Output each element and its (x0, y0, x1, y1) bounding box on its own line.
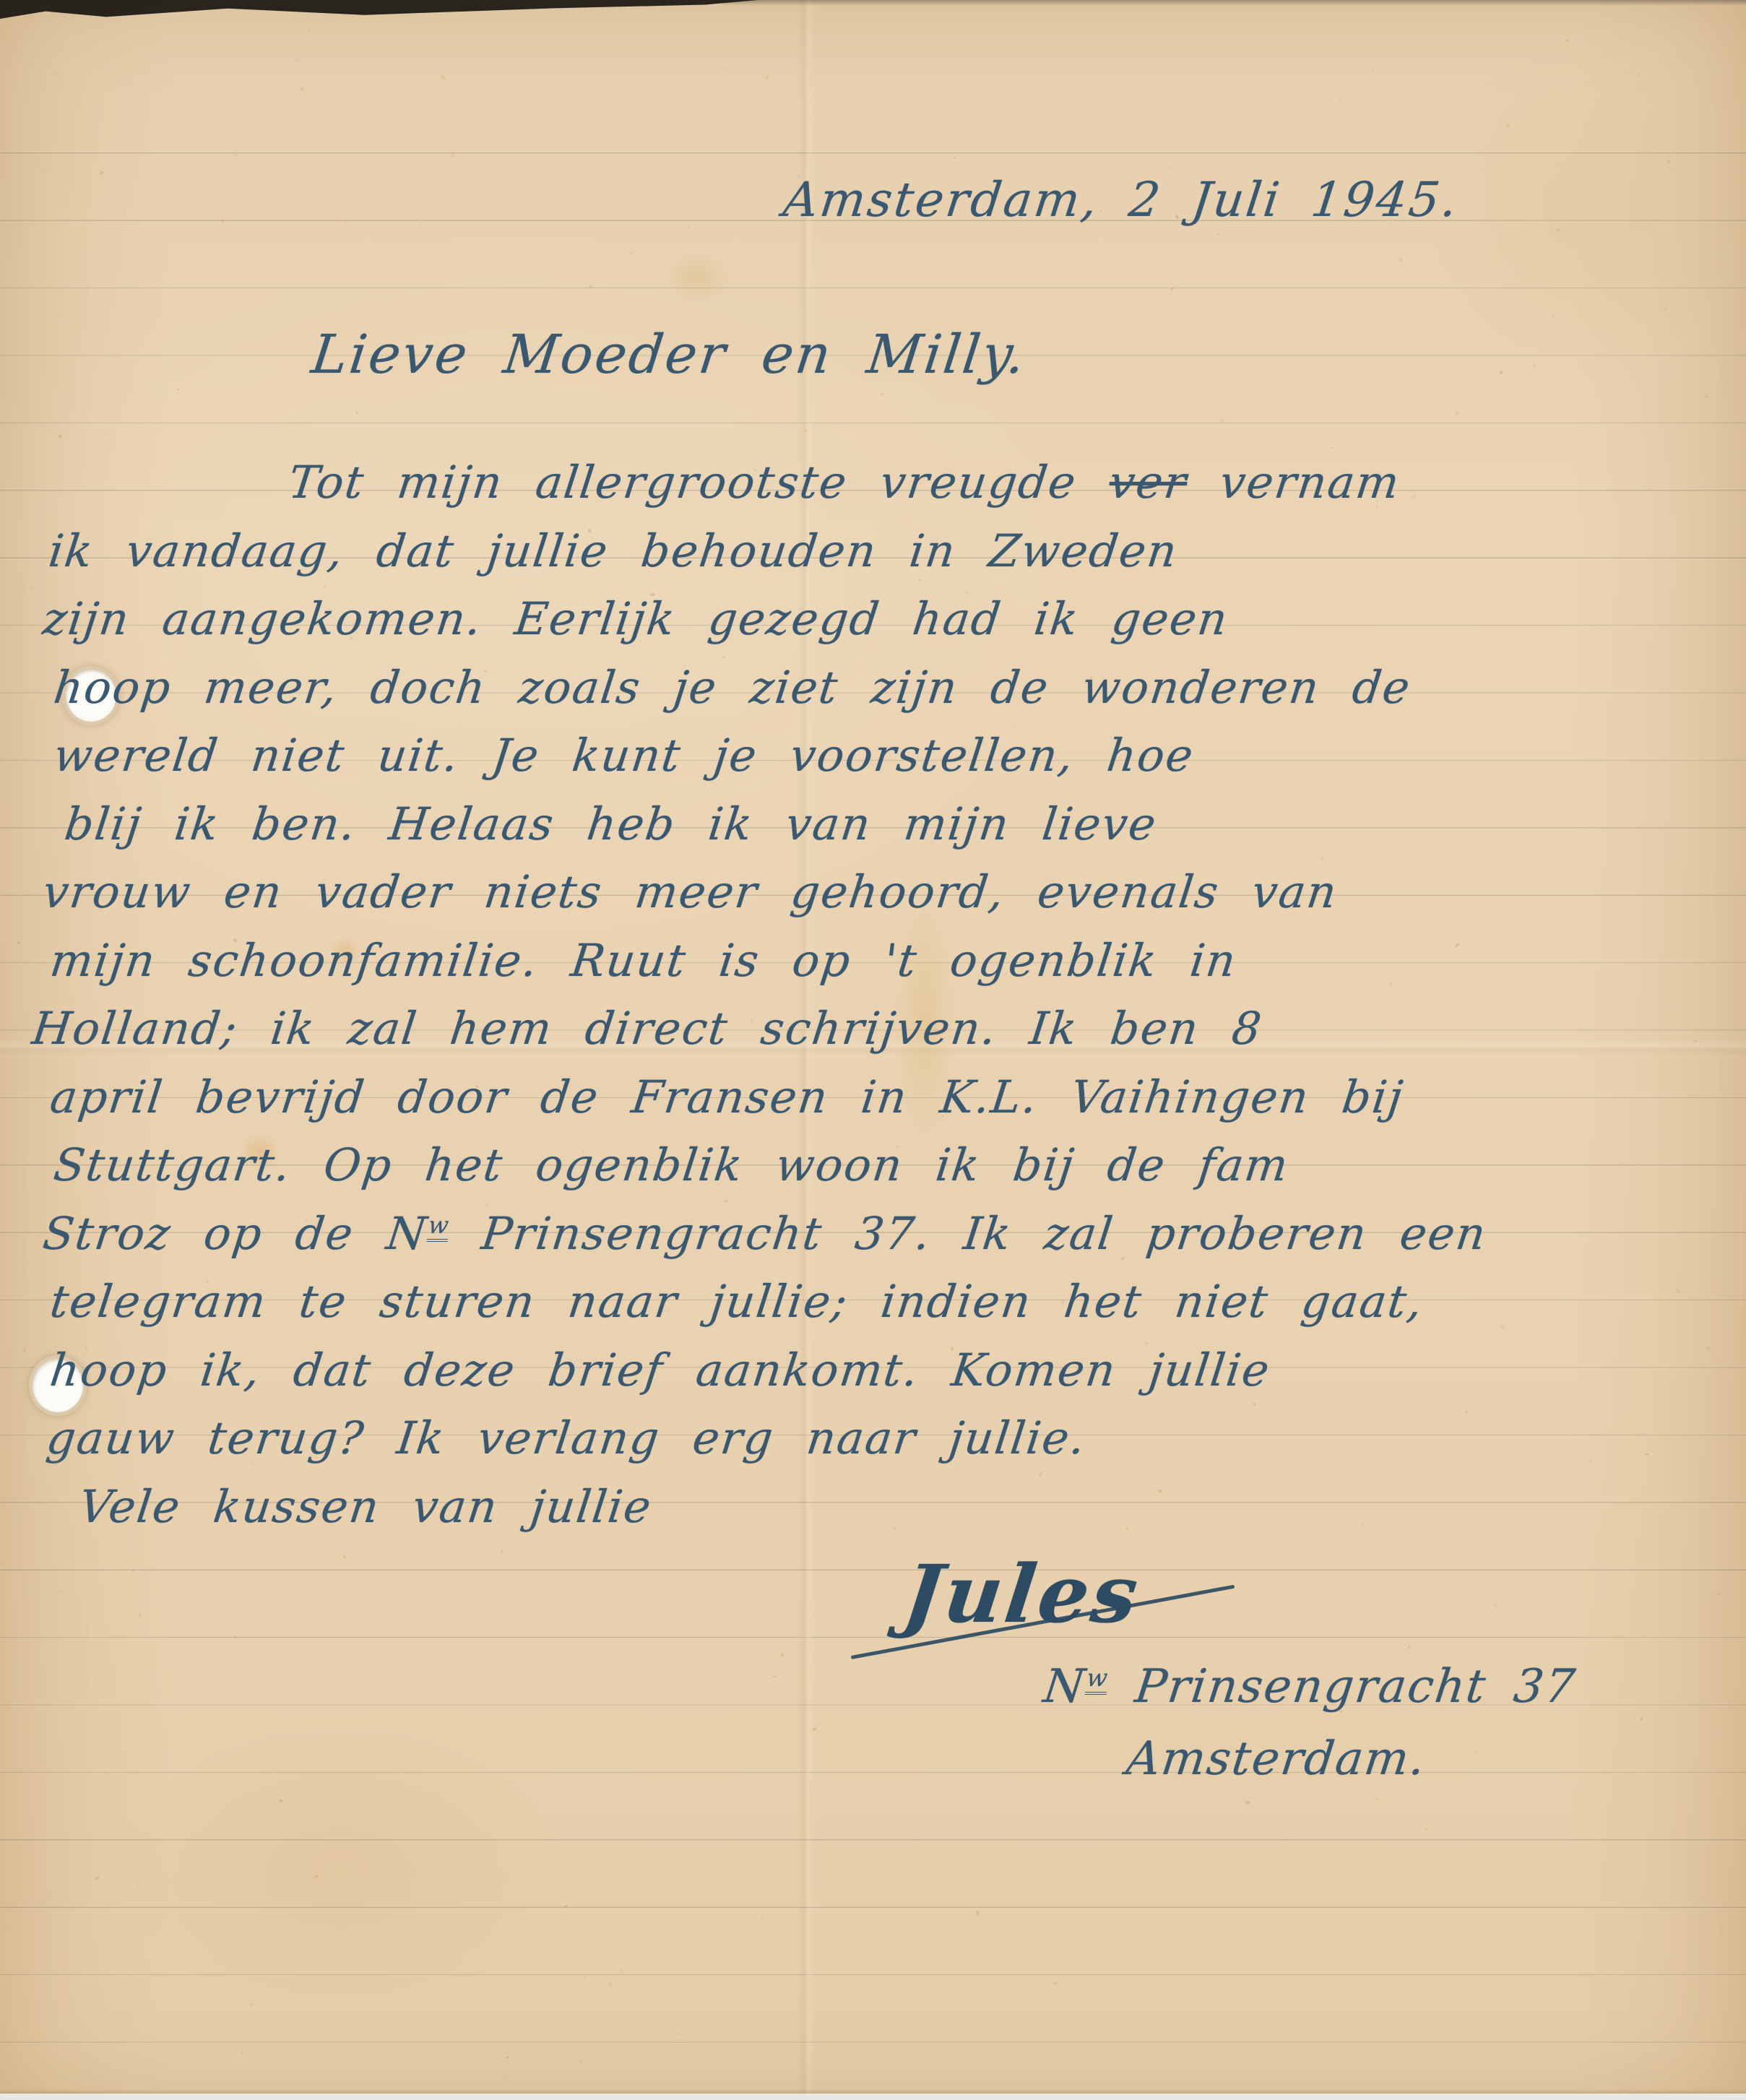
paper-speck (1372, 69, 1373, 71)
letter-page: Amsterdam, 2 Juli 1945. Lieve Moeder en … (0, 0, 1746, 2100)
paper-speck (1455, 943, 1460, 948)
paper-speck (1498, 370, 1503, 375)
paper-speck (1425, 1828, 1427, 1830)
paper-speck (501, 1551, 503, 1554)
paper-speck (58, 434, 61, 438)
handwritten-line: Stuttgart. Op het ogenblik woon ik bij d… (54, 1131, 1289, 1199)
paper-speck (583, 1976, 587, 1980)
paper-speck (58, 1591, 62, 1594)
top-edge-shadow (722, 0, 1746, 6)
paper-speck (296, 59, 299, 61)
paper-speck (1500, 1325, 1506, 1330)
paper-speck (1693, 1039, 1698, 1043)
paper-speck (812, 1727, 818, 1732)
handwritten-line: Tot mijn allergrootste vreugde ver verna… (289, 448, 1400, 517)
paper-stain (116, 1719, 563, 2023)
paper-stain (1430, 43, 1734, 390)
paper-speck (1494, 1604, 1498, 1608)
handwritten-line: vrouw en vader niets meer gehoord, evena… (43, 857, 1337, 926)
paper-speck (503, 2074, 505, 2076)
paper-speck (880, 392, 884, 396)
paper-speck (564, 1904, 568, 1908)
paper-speck (1412, 494, 1417, 498)
paper-speck (1339, 98, 1341, 101)
paper-speck (589, 285, 592, 289)
paper-speck (1245, 1801, 1250, 1804)
handwritten-line: Holland; ik zal hem direct schrijven. Ik… (33, 994, 1262, 1063)
paper-speck (451, 153, 454, 157)
paper-speck (221, 219, 225, 222)
paper-speck (1455, 410, 1459, 415)
paper-speck (314, 1875, 318, 1878)
paper-speck (441, 75, 445, 80)
paper-speck (17, 942, 20, 944)
paper-speck (620, 1968, 623, 1973)
handwritten-line: hoop ik, dat deze brief aankomt. Komen j… (51, 1336, 1270, 1404)
paper-speck (781, 1653, 785, 1656)
paper-speck (139, 1613, 141, 1616)
paper-speck (686, 225, 691, 228)
paper-speck (177, 389, 180, 392)
handwritten-line: Vele kussen van jullie (79, 1472, 652, 1541)
paper-speck (1706, 1346, 1711, 1350)
paper-speck (1645, 1453, 1648, 1456)
paper-speck (23, 1349, 27, 1353)
paper-speck (131, 1570, 135, 1573)
paper-speck (1534, 364, 1536, 367)
paper-speck (249, 2003, 253, 2007)
paper-speck (342, 1555, 346, 1558)
paper-speck (355, 410, 358, 415)
handwritten-line: april bevrijd door de Fransen in K.L. Va… (51, 1063, 1404, 1131)
paper-speck (308, 29, 312, 32)
paper-speck (1717, 1593, 1722, 1596)
paper-speck (1641, 1717, 1644, 1721)
paper-speck (1664, 306, 1668, 310)
paper-speck (279, 1799, 283, 1802)
paper-speck (95, 1876, 100, 1880)
paper-speck (1705, 396, 1708, 398)
paper-speck (1589, 1459, 1593, 1464)
paper-speck (1555, 228, 1560, 233)
paper-speck (1170, 287, 1175, 291)
paper-speck (1361, 1524, 1365, 1526)
paper-speck (1388, 981, 1393, 986)
paper-speck (1676, 1289, 1681, 1293)
paper-speck (1125, 1528, 1128, 1531)
paper-speck (1190, 1989, 1193, 1992)
superscript-abbreviation: w (426, 1211, 451, 1242)
paper-speck (725, 67, 728, 71)
paper-speck (100, 171, 105, 175)
paper-speck (892, 1526, 896, 1530)
paper-speck (1637, 73, 1639, 76)
paper-speck (1215, 233, 1220, 235)
paper-speck (1159, 1490, 1162, 1493)
paper-speck (43, 167, 46, 170)
paper-speck (1464, 1409, 1469, 1414)
paper-speck (976, 1911, 979, 1916)
paper-speck (628, 251, 633, 256)
paper-speck (1565, 39, 1569, 42)
paper-speck (103, 432, 107, 436)
paper-speck (1220, 419, 1224, 423)
paper-speck (954, 157, 956, 159)
handwritten-line: gauw terug? Ik verlang erg naar jullie. (47, 1404, 1086, 1472)
paper-speck (761, 1917, 764, 1919)
handwritten-line: telegram te sturen naar jullie; indien h… (51, 1267, 1423, 1336)
paper-speck (608, 1982, 612, 1987)
paper-speck (1399, 257, 1404, 262)
paper-speck (772, 1675, 777, 1677)
struck-out-word: ver (1107, 456, 1190, 509)
paper-speck (1053, 1982, 1057, 1985)
paper-speck (1375, 1797, 1380, 1799)
scanner-edge-strip (0, 2093, 1746, 2100)
paper-speck (54, 73, 57, 75)
handwritten-line: zijn aangekomen. Eerlijk gezegd had ik g… (43, 584, 1228, 653)
paper-speck (1505, 124, 1510, 129)
paper-speck (1552, 315, 1555, 319)
handwritten-line: ik vandaag, dat jullie behouden in Zwede… (49, 517, 1177, 585)
paper-speck (124, 207, 126, 212)
salutation: Lieve Moeder en Milly. (312, 324, 1027, 386)
handwritten-line: wereld niet uit. Je kunt je voorstellen,… (54, 721, 1194, 790)
paper-speck (580, 2061, 582, 2064)
paper-speck (234, 154, 238, 157)
paper-speck (241, 2052, 243, 2054)
paper-speck (765, 75, 769, 79)
torn-top-edge (0, 0, 759, 19)
paper-speck (1666, 160, 1670, 163)
handwritten-line: blij ik ben. Helaas heb ik van mijn liev… (65, 790, 1157, 858)
paper-speck (1475, 1751, 1479, 1753)
paper-speck (1408, 1645, 1410, 1650)
paper-speck (677, 2034, 680, 2035)
paper-speck (506, 2055, 509, 2059)
dateline: Amsterdam, 2 Juli 1945. (784, 172, 1458, 228)
handwritten-line: mijn schoonfamilie. Ruut is op 't ogenbl… (51, 926, 1237, 995)
paper-speck (1038, 1472, 1042, 1476)
paper-speck (732, 1507, 734, 1509)
address-line-street: Nw Prinsengracht 37 (1044, 1660, 1576, 1714)
paper-speck (415, 218, 418, 221)
paper-speck (805, 429, 808, 433)
paper-speck (1168, 166, 1170, 169)
paper-speck (344, 220, 347, 222)
address-line-city: Amsterdam. (1127, 1732, 1426, 1786)
paper-stain (665, 253, 730, 303)
paper-speck (136, 1887, 138, 1889)
paper-speck (1563, 2031, 1566, 2034)
superscript-abbreviation: w (1085, 1664, 1111, 1695)
paper-speck (32, 587, 34, 589)
paper-speck (300, 86, 305, 91)
handwritten-line: Stroz op de Nw Prinsengracht 37. Ik zal … (43, 1199, 1487, 1268)
handwritten-line: hoop meer, doch zoals je ziet zijn de wo… (54, 653, 1411, 722)
paper-speck (233, 1636, 235, 1638)
